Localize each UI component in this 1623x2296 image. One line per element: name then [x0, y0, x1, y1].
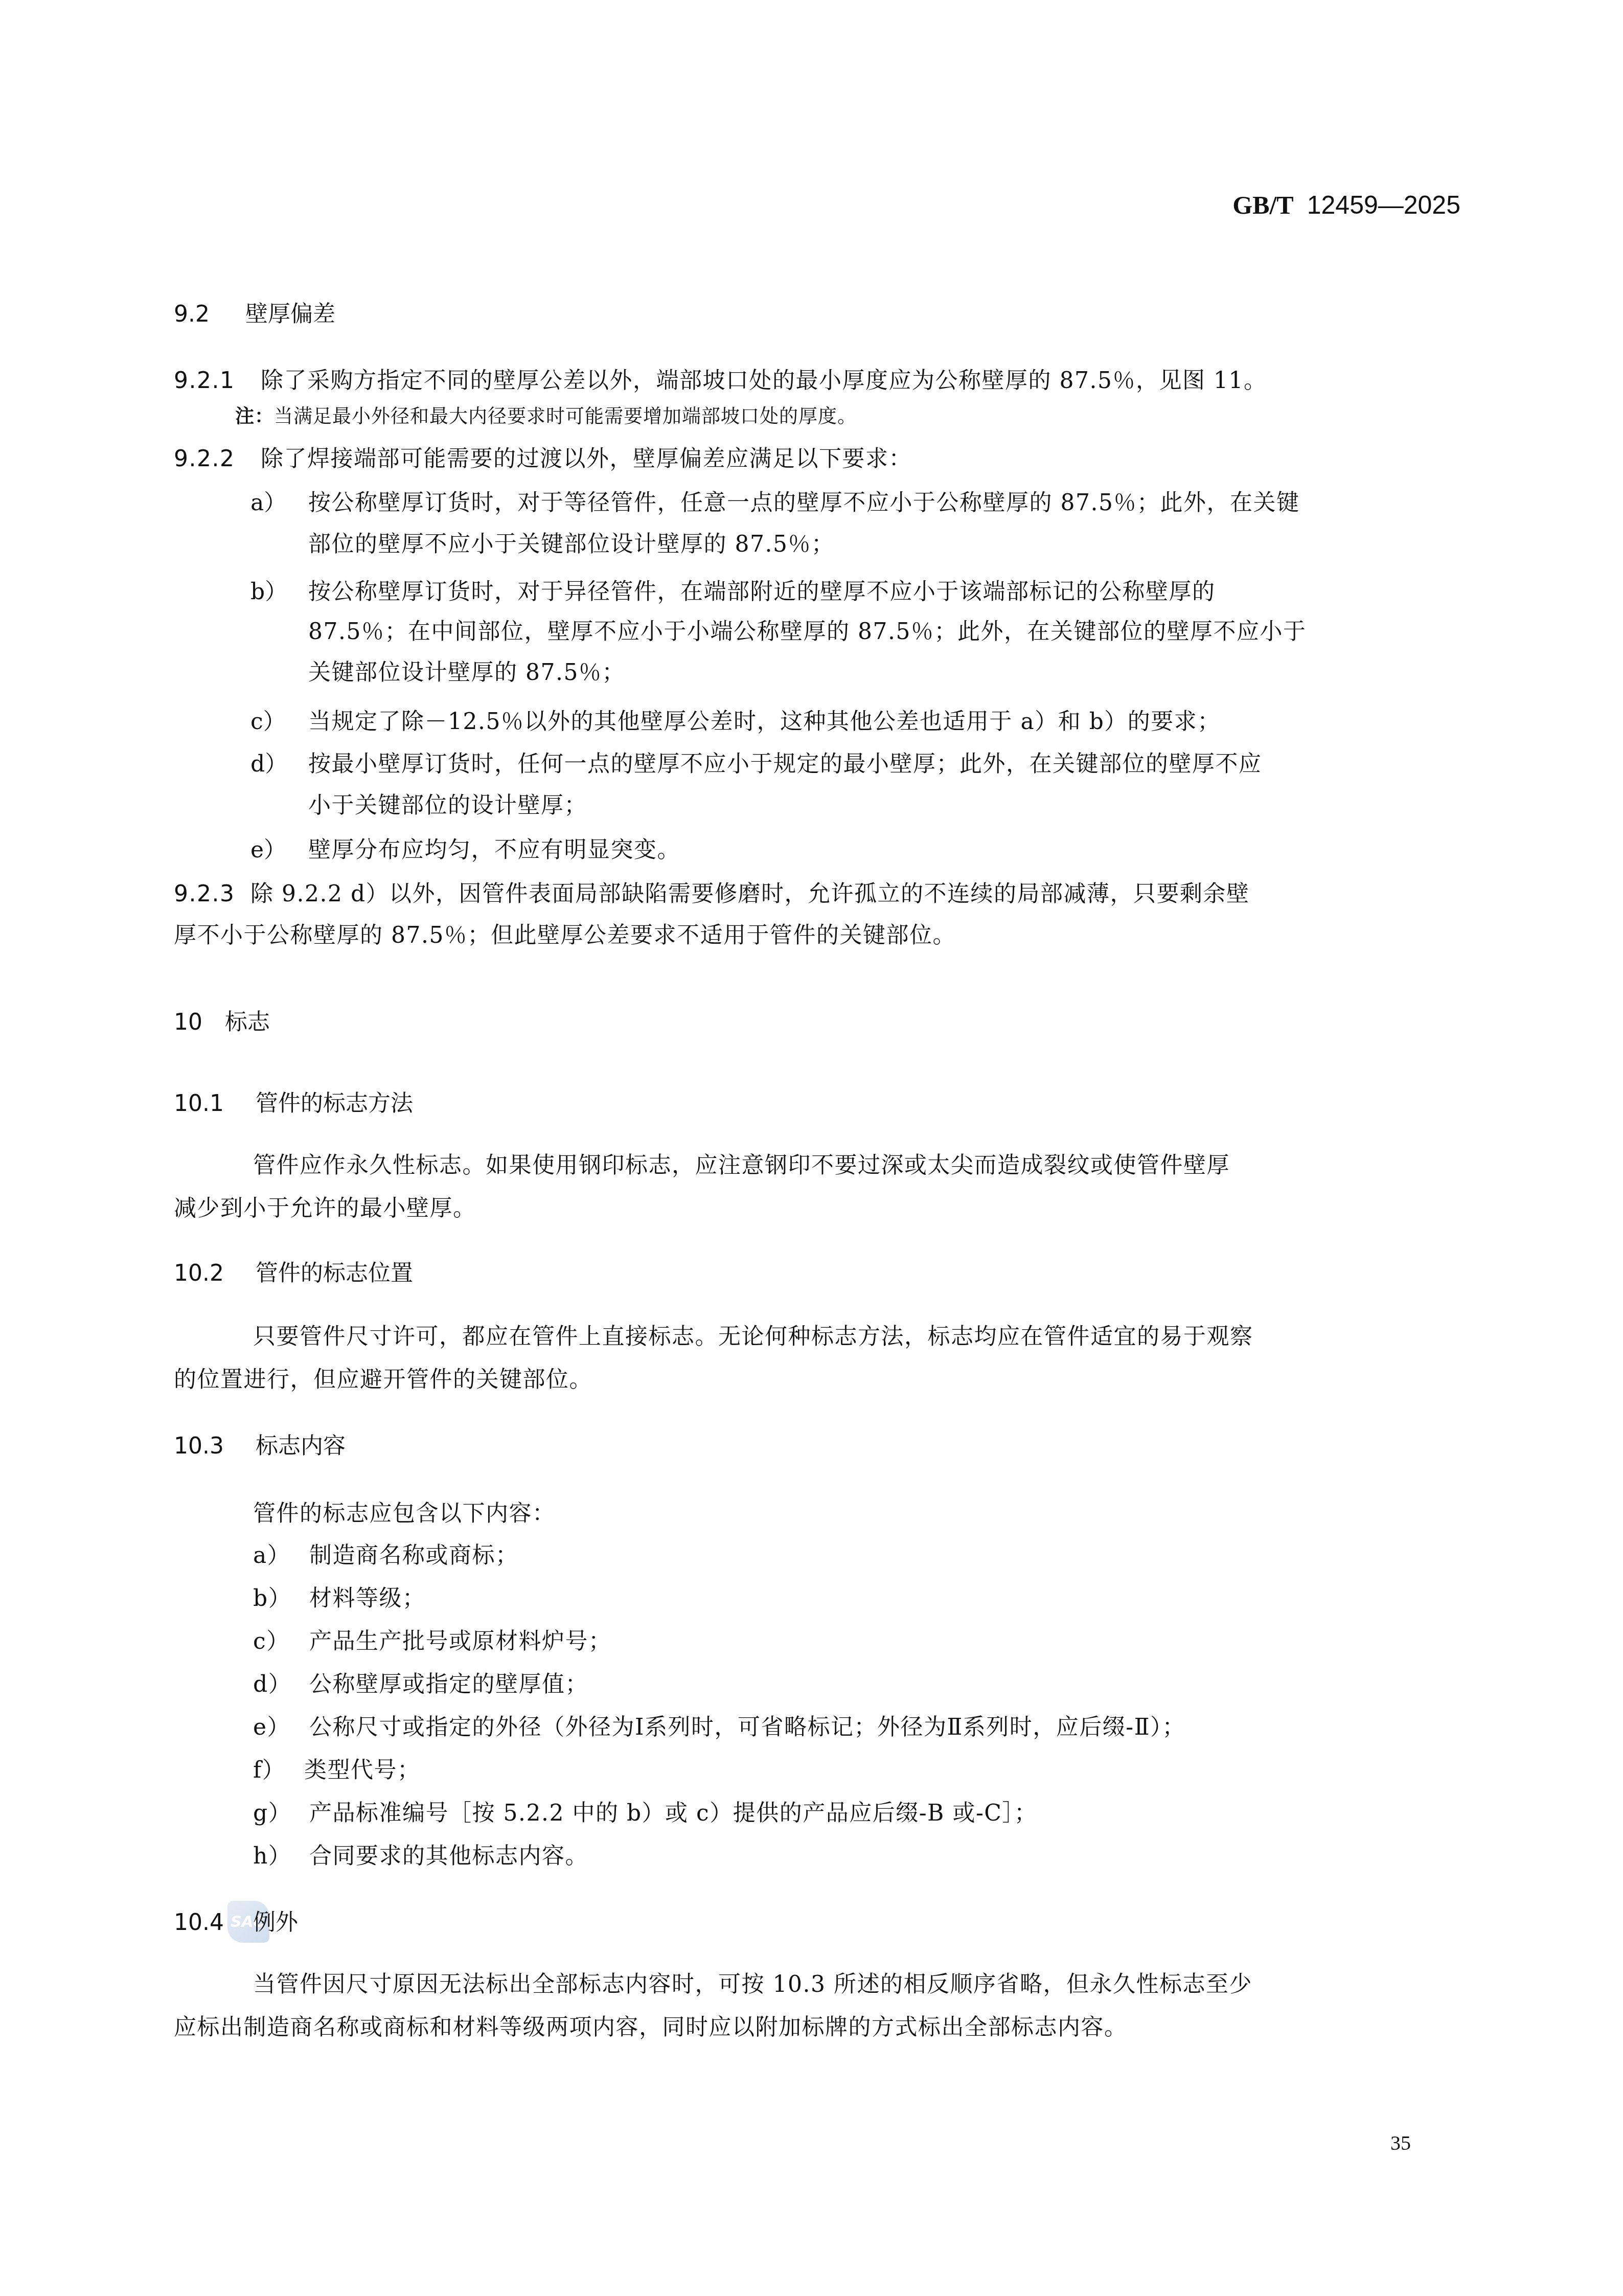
section-heading-10: 10标志	[174, 1004, 270, 1036]
item-label: a）	[253, 1537, 309, 1570]
item-label: g）	[253, 1794, 309, 1827]
marking-item-f: f）类型代号；	[253, 1752, 421, 1784]
paragraph-10-2-line1: 只要管件尺寸许可，都应在管件上直接标志。无论何种标志方法，标志均应在管件适宜的易…	[253, 1318, 1253, 1351]
marking-item-g: g）产品标准编号［按 5.2.2 中的 b）或 c）提供的产品应后缀-B 或-C…	[253, 1794, 1037, 1827]
clause-text: 除 9.2.2 d）以外，因管件表面局部缺陷需要修磨时，允许孤立的不连续的局部减…	[250, 881, 1250, 907]
item-label: a）	[250, 484, 286, 517]
marking-item-d: d）公称壁厚或指定的壁厚值；	[253, 1666, 588, 1698]
section-heading-9-2: 9.2壁厚偏差	[174, 295, 335, 328]
item-line: 按公称壁厚订货时，对于异径管件，在端部附近的壁厚不应小于该端部标记的公称壁厚的	[308, 573, 1216, 606]
section-number: 10.2	[174, 1260, 256, 1286]
section-title: 管件的标志方法	[256, 1090, 413, 1117]
item-label: e）	[253, 1709, 309, 1741]
section-title: 例外	[253, 1909, 298, 1936]
paragraph-10-1-line2: 减少到小于允许的最小壁厚。	[174, 1190, 476, 1222]
item-text: 材料等级；	[309, 1585, 426, 1611]
item-label: h）	[253, 1837, 309, 1870]
page-number: 35	[1390, 2131, 1411, 2155]
item-label: f）	[253, 1752, 304, 1784]
note-label: 注：	[235, 405, 274, 427]
item-text: 制造商名称或商标；	[309, 1542, 519, 1568]
clause-9-2-3: 9.2.3除 9.2.2 d）以外，因管件表面局部缺陷需要修磨时，允许孤立的不连…	[174, 875, 1250, 908]
section-heading-10-1: 10.1管件的标志方法	[174, 1085, 413, 1118]
clause-number: 9.2.3	[174, 881, 250, 907]
paragraph-10-2-line2: 的位置进行，但应避开管件的关键部位。	[174, 1361, 592, 1394]
paragraph-10-4-line2: 应标出制造商名称或商标和材料等级两项内容，同时应以附加标牌的方式标出全部标志内容…	[174, 2009, 1128, 2041]
clause-9-2-1: 9.2.1除了采购方指定不同的壁厚公差以外，端部坡口处的最小厚度应为公称壁厚的 …	[174, 362, 1267, 395]
note-text: 当满足最小外径和最大内径要求时可能需要增加端部坡口处的厚度。	[274, 405, 857, 427]
section-title: 标志内容	[256, 1433, 346, 1459]
section-number: 9.2	[174, 301, 245, 327]
item-text: 类型代号；	[304, 1757, 421, 1783]
section-number: 10.4	[174, 1909, 253, 1936]
item-text: 合同要求的其他标志内容。	[309, 1843, 588, 1869]
item-line: 部位的壁厚不应小于关键部位设计壁厚的 87.5％；	[308, 526, 834, 558]
note-9-2-1: 注：当满足最小外径和最大内径要求时可能需要增加端部坡口处的厚度。	[235, 401, 857, 428]
item-label: b）	[250, 573, 287, 606]
marking-item-a: a）制造商名称或商标；	[253, 1537, 519, 1570]
section-number: 10	[174, 1009, 225, 1035]
clause-number: 9.2.2	[174, 446, 261, 472]
marking-item-b: b）材料等级；	[253, 1580, 426, 1612]
item-line: 小于关键部位的设计壁厚；	[308, 787, 587, 820]
paragraph-10-1-line1: 管件应作永久性标志。如果使用钢印标志，应注意钢印不要过深或太尖而造成裂纹或使管件…	[253, 1147, 1230, 1179]
marking-intro: 管件的标志应包含以下内容：	[253, 1495, 556, 1528]
item-label: c）	[253, 1623, 309, 1655]
clause-text: 除了采购方指定不同的壁厚公差以外，端部坡口处的最小厚度应为公称壁厚的 87.5％…	[261, 368, 1267, 394]
item-label: e）	[250, 831, 286, 864]
item-line: 87.5％；在中间部位，壁厚不应小于小端公称壁厚的 87.5％；此外，在关键部位…	[308, 613, 1306, 646]
marking-item-h: h）合同要求的其他标志内容。	[253, 1837, 588, 1870]
section-number: 10.3	[174, 1433, 256, 1459]
section-heading-10-2: 10.2管件的标志位置	[174, 1255, 413, 1287]
section-title: 管件的标志位置	[256, 1260, 413, 1286]
item-label: d）	[250, 745, 287, 778]
standard-number: 12459—2025	[1307, 191, 1460, 219]
item-text: 公称壁厚或指定的壁厚值；	[309, 1671, 588, 1697]
item-line: 壁厚分布应均匀，不应有明显突变。	[308, 831, 680, 864]
item-line: 当规定了除－12.5％以外的其他壁厚公差时，这种其他公差也适用于 a）和 b）的…	[308, 703, 1221, 736]
item-line: 按公称壁厚订货时，对于等径管件，任意一点的壁厚不应小于公称壁厚的 87.5％；此…	[308, 484, 1299, 517]
item-text: 产品生产批号或原材料炉号；	[309, 1628, 612, 1654]
standard-prefix: GB/T	[1232, 191, 1293, 219]
item-label: c）	[250, 703, 286, 736]
item-text: 产品标准编号［按 5.2.2 中的 b）或 c）提供的产品应后缀-B 或-C］；	[309, 1800, 1037, 1826]
marking-item-e: e）公称尺寸或指定的外径（外径为Ⅰ系列时，可省略标记；外径为Ⅱ系列时，应后缀-Ⅱ…	[253, 1709, 1185, 1741]
clause-number: 9.2.1	[174, 368, 261, 394]
item-label: b）	[253, 1580, 309, 1612]
item-line: 关键部位设计壁厚的 87.5％；	[308, 654, 625, 687]
marking-item-c: c）产品生产批号或原材料炉号；	[253, 1623, 612, 1655]
standard-code-header: GB/T12459—2025	[1232, 190, 1460, 220]
section-heading-10-4: 10.4例外	[174, 1904, 298, 1937]
paragraph-10-4-line1: 当管件因尺寸原因无法标出全部标志内容时，可按 10.3 所述的相反顺序省略，但永…	[253, 1966, 1252, 1998]
section-number: 10.1	[174, 1090, 256, 1117]
clause-text: 除了焊接端部可能需要的过渡以外，壁厚偏差应满足以下要求：	[261, 446, 912, 472]
section-title: 壁厚偏差	[245, 301, 335, 327]
clause-9-2-3-line2: 厚不小于公称壁厚的 87.5％；但此壁厚公差要求不适用于管件的关键部位。	[174, 917, 956, 949]
section-title: 标志	[225, 1009, 270, 1035]
item-text: 公称尺寸或指定的外径（外径为Ⅰ系列时，可省略标记；外径为Ⅱ系列时，应后缀-Ⅱ）；	[309, 1714, 1185, 1740]
item-line: 按最小壁厚订货时，任何一点的壁厚不应小于规定的最小壁厚；此外，在关键部位的壁厚不…	[308, 745, 1262, 778]
clause-9-2-2: 9.2.2除了焊接端部可能需要的过渡以外，壁厚偏差应满足以下要求：	[174, 440, 912, 473]
section-heading-10-3: 10.3标志内容	[174, 1427, 346, 1460]
item-label: d）	[253, 1666, 309, 1698]
